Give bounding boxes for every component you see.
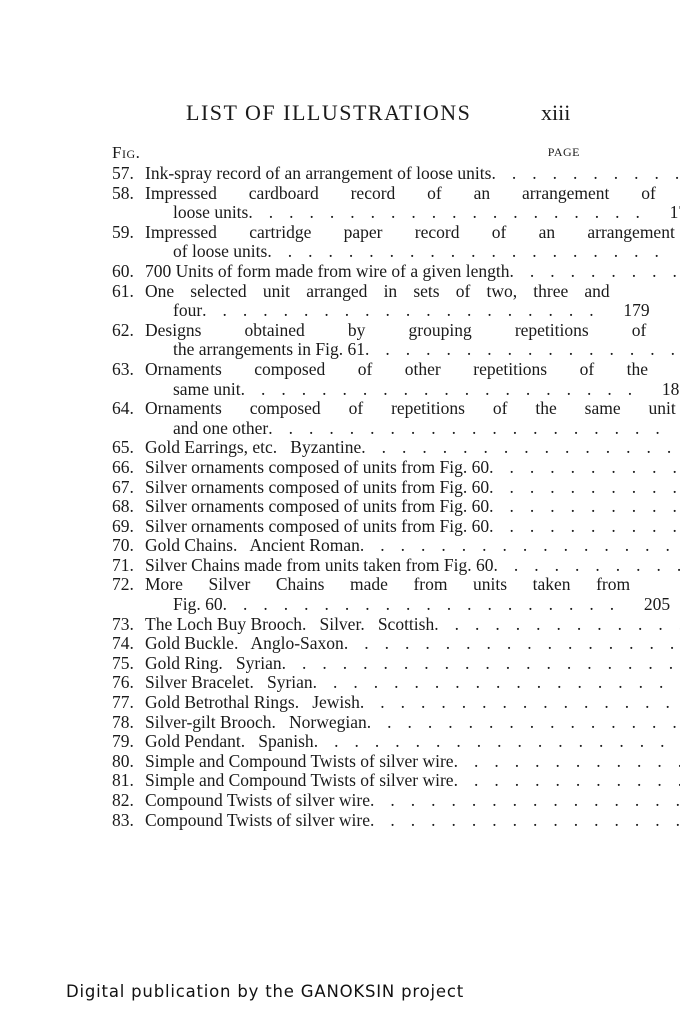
caption-line: four [173,301,202,321]
entry-caption: Gold Betrothal Rings. Jewish............… [145,693,680,713]
caption-line: Silver Chains made from units taken from… [145,556,494,576]
page-title: LIST OF ILLUSTRATIONS [186,100,471,126]
fig-number: 57. [112,164,145,184]
dot-leader: .................... [370,791,680,811]
page-ref: 184 [676,419,680,439]
entry-caption: Gold Ring. Syrian.................... [145,654,680,674]
fig-number: 71. [112,556,145,576]
fig-number: 74. [112,634,145,654]
fig-number: 67. [112,478,145,498]
caption-line: Gold Ring. Syrian [145,654,282,674]
entry-caption: Compound Twists of silver wire..........… [145,811,680,831]
caption-line: Gold Earrings, etc. Byzantine [145,438,361,458]
caption-line: Silver ornaments composed of units from … [145,497,489,517]
caption-line: Impressed cardboard record of an arrange… [145,184,656,204]
dot-leader: .................... [360,536,680,556]
caption-line: Fig. 60 [173,595,223,615]
dot-leader: .................... [365,340,680,360]
list-item: 60.700 Units of form made from wire of a… [112,262,582,282]
page-ref: 205 [630,595,674,615]
list-item: 67.Silver ornaments composed of units fr… [112,478,582,498]
entry-caption: Silver ornaments composed of units from … [145,458,680,478]
entry-caption: Compound Twists of silver wire..........… [145,791,680,811]
entry-caption: Silver-gilt Brooch. Norwegian...........… [145,713,680,733]
list-item: 66.Silver ornaments composed of units fr… [112,458,582,478]
list-item: 76.Silver Bracelet. Syrian..............… [112,673,582,693]
fig-number: 81. [112,771,145,791]
running-header: LIST OF ILLUSTRATIONS xiii [0,100,680,130]
dot-leader: .................... [313,673,680,693]
page-column-label: PAGE [548,145,580,160]
dot-leader: .................... [434,615,680,635]
page-ref: 179 [610,301,654,321]
page-ref: 171 [675,242,680,262]
fig-number: 63. [112,360,145,399]
list-item: 68.Silver ornaments composed of units fr… [112,497,582,517]
list-item: 61.One selected unit arranged in sets of… [112,282,582,321]
entry-caption: The Loch Buy Brooch. Silver. Scottish...… [145,615,680,635]
fig-number: 80. [112,752,145,772]
list-item: 78.Silver-gilt Brooch. Norwegian........… [112,713,582,733]
caption-line: Simple and Compound Twists of silver wir… [145,771,454,791]
dot-leader: .................... [344,634,680,654]
fig-number: 73. [112,615,145,635]
caption-line: the arrangements in Fig. 61 [173,340,365,360]
entry-caption: Silver Chains made from units taken from… [145,556,680,576]
fig-number: 65. [112,438,145,458]
fig-number: 77. [112,693,145,713]
list-item: 82.Compound Twists of silver wire.......… [112,791,582,811]
fig-number: 68. [112,497,145,517]
page-number: xiii [541,100,570,126]
caption-line: More Silver Chains made from units taken… [145,575,630,595]
caption-line: Silver Bracelet. Syrian [145,673,313,693]
dot-leader: .................... [267,242,675,262]
entry-caption: Ornaments composed of repetitions of the… [145,399,676,438]
caption-line: One selected unit arranged in sets of tw… [145,282,610,302]
fig-number: 70. [112,536,145,556]
caption-line: Gold Buckle. Anglo-Saxon [145,634,344,654]
list-item: 59.Impressed cartridge paper record of a… [112,223,582,262]
list-item: 77.Gold Betrothal Rings. Jewish.........… [112,693,582,713]
list-item: 71.Silver Chains made from units taken f… [112,556,582,576]
fig-number: 76. [112,673,145,693]
caption-line: Gold Pendant. Spanish [145,732,314,752]
dot-leader: .................... [367,713,680,733]
caption-line: Compound Twists of silver wire [145,811,370,831]
fig-number: 83. [112,811,145,831]
entry-caption: Gold Earrings, etc. Byzantine...........… [145,438,680,458]
caption-line: Ink-spray record of an arrangement of lo… [145,164,491,184]
dot-leader: .................... [510,262,680,282]
fig-number: 64. [112,399,145,438]
caption-line: loose units [173,203,248,223]
entry-caption: One selected unit arranged in sets of tw… [145,282,610,321]
list-item: 65.Gold Earrings, etc. Byzantine........… [112,438,582,458]
list-item: 57.Ink-spray record of an arrangement of… [112,164,582,184]
list-item: 80.Simple and Compound Twists of silver … [112,752,582,772]
entry-caption: Simple and Compound Twists of silver wir… [145,752,680,772]
entry-caption: More Silver Chains made from units taken… [145,575,630,614]
column-headers: Fig. PAGE [112,143,580,163]
dot-leader: .................... [241,380,649,400]
caption-line: Simple and Compound Twists of silver wir… [145,752,454,772]
list-item: 64.Ornaments composed of repetitions of … [112,399,582,438]
caption-line: Gold Chains. Ancient Roman [145,536,360,556]
entry-caption: Designs obtained by grouping repetitions… [145,321,680,360]
fig-number: 72. [112,575,145,614]
entry-caption: 700 Units of form made from wire of a gi… [145,262,680,282]
page-ref: 183 [648,380,680,400]
caption-line: of loose units [173,242,267,262]
entry-caption: Silver ornaments composed of units from … [145,497,680,517]
dot-leader: .................... [314,732,680,752]
page-ref: 170 [656,203,680,223]
caption-line: Silver ornaments composed of units from … [145,458,489,478]
entry-caption: Ink-spray record of an arrangement of lo… [145,164,680,184]
caption-line: Compound Twists of silver wire [145,791,370,811]
dot-leader: .................... [202,301,610,321]
caption-line: The Loch Buy Brooch. Silver. Scottish [145,615,434,635]
entry-caption: Impressed cardboard record of an arrange… [145,184,656,223]
footer-credit: Digital publication by the GANOKSIN proj… [66,982,464,1001]
list-item: 62.Designs obtained by grouping repetiti… [112,321,582,360]
dot-leader: .................... [489,458,680,478]
fig-number: 69. [112,517,145,537]
caption-line: Silver-gilt Brooch. Norwegian [145,713,367,733]
fig-column-label: Fig. [112,143,140,163]
dot-leader: .................... [370,811,680,831]
list-item: 58.Impressed cardboard record of an arra… [112,184,582,223]
dot-leader: .................... [268,419,676,439]
dot-leader: .................... [248,203,656,223]
dot-leader: .................... [491,164,680,184]
caption-line: Ornaments composed of repetitions of the… [145,399,676,419]
dot-leader: .................... [223,595,631,615]
fig-number: 78. [112,713,145,733]
caption-line: Impressed cartridge paper record of an a… [145,223,675,243]
list-item: 69.Silver ornaments composed of units fr… [112,517,582,537]
fig-number: 82. [112,791,145,811]
list-item: 72.More Silver Chains made from units ta… [112,575,582,614]
dot-leader: .................... [494,556,680,576]
fig-number: 59. [112,223,145,262]
illustrations-list: 57.Ink-spray record of an arrangement of… [112,164,582,830]
caption-line: Designs obtained by grouping repetitions… [145,321,680,341]
fig-number: 62. [112,321,145,360]
entry-caption: Simple and Compound Twists of silver wir… [145,771,680,791]
caption-line: and one other [173,419,268,439]
list-item: 74.Gold Buckle. Anglo-Saxon.............… [112,634,582,654]
dot-leader: .................... [454,771,680,791]
list-item: 73.The Loch Buy Brooch. Silver. Scottish… [112,615,582,635]
entry-caption: Silver ornaments composed of units from … [145,517,680,537]
list-item: 79.Gold Pendant. Spanish................… [112,732,582,752]
fig-number: 61. [112,282,145,321]
dot-leader: .................... [489,497,680,517]
caption-line: Silver ornaments composed of units from … [145,478,489,498]
entry-caption: Silver Bracelet. Syrian.................… [145,673,680,693]
entry-caption: Gold Chains. Ancient Roman..............… [145,536,680,556]
list-item: 75.Gold Ring. Syrian....................… [112,654,582,674]
list-item: 81.Simple and Compound Twists of silver … [112,771,582,791]
caption-line: 700 Units of form made from wire of a gi… [145,262,510,282]
entry-caption: Impressed cartridge paper record of an a… [145,223,675,262]
list-item: 83.Compound Twists of silver wire.......… [112,811,582,831]
caption-line: Silver ornaments composed of units from … [145,517,489,537]
fig-number: 60. [112,262,145,282]
entry-caption: Ornaments composed of other repetitions … [145,360,648,399]
entry-caption: Gold Pendant. Spanish...................… [145,732,680,752]
dot-leader: .................... [489,478,680,498]
dot-leader: .................... [489,517,680,537]
dot-leader: .................... [282,654,680,674]
caption-line: Ornaments composed of other repetitions … [145,360,648,380]
list-item: 70.Gold Chains. Ancient Roman...........… [112,536,582,556]
fig-number: 58. [112,184,145,223]
caption-line: same unit [173,380,241,400]
fig-number: 79. [112,732,145,752]
entry-caption: Gold Buckle. Anglo-Saxon................… [145,634,680,654]
caption-line: Gold Betrothal Rings. Jewish [145,693,360,713]
dot-leader: .................... [360,693,680,713]
dot-leader: .................... [361,438,680,458]
dot-leader: .................... [454,752,680,772]
fig-number: 66. [112,458,145,478]
fig-number: 75. [112,654,145,674]
list-item: 63.Ornaments composed of other repetitio… [112,360,582,399]
entry-caption: Silver ornaments composed of units from … [145,478,680,498]
